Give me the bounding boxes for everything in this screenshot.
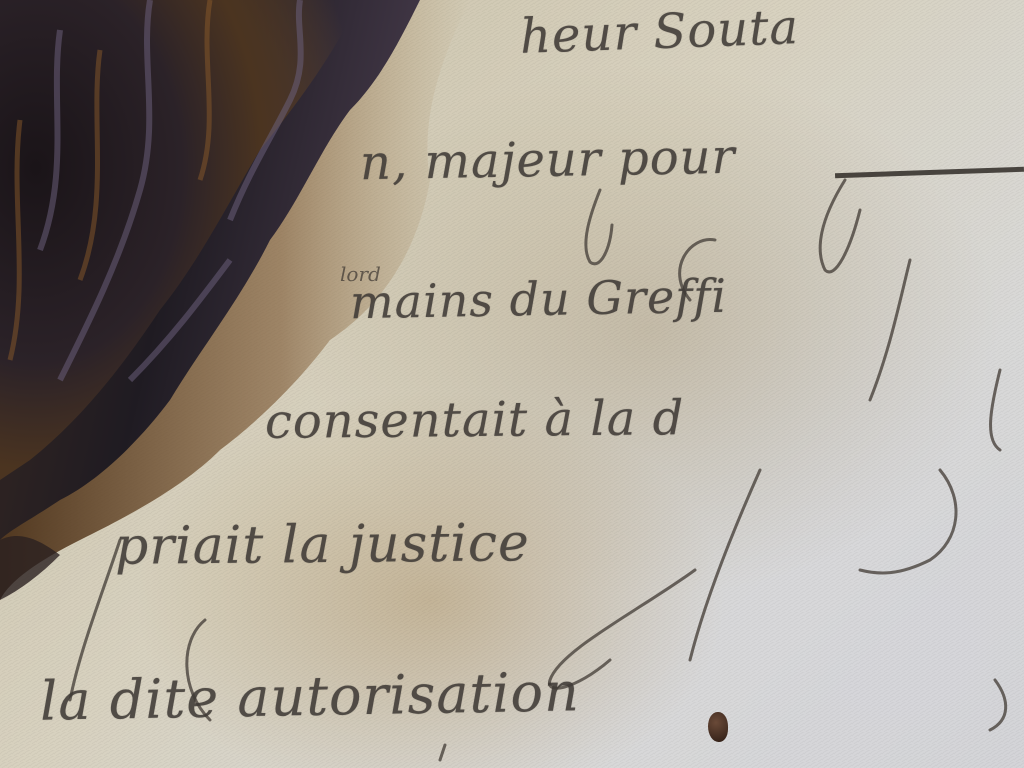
manuscript-line-5: priait la justice bbox=[115, 513, 530, 577]
manuscript-line-6: la dite autorisation bbox=[39, 660, 580, 732]
strikethrough-mark bbox=[835, 167, 1024, 179]
paper-texture bbox=[0, 0, 1024, 768]
burned-edge bbox=[0, 0, 520, 768]
manuscript-line-3: mains du Greffi bbox=[350, 269, 728, 330]
manuscript-photo: lord heur Souta n, majeur pour mains du … bbox=[0, 0, 1024, 768]
manuscript-line-1: heur Souta bbox=[519, 0, 800, 65]
pen-flourishes bbox=[0, 0, 1024, 768]
burn-hole bbox=[708, 712, 728, 742]
manuscript-line-2: n, majeur pour bbox=[360, 129, 736, 192]
manuscript-line-4: consentait à la d bbox=[265, 390, 685, 450]
